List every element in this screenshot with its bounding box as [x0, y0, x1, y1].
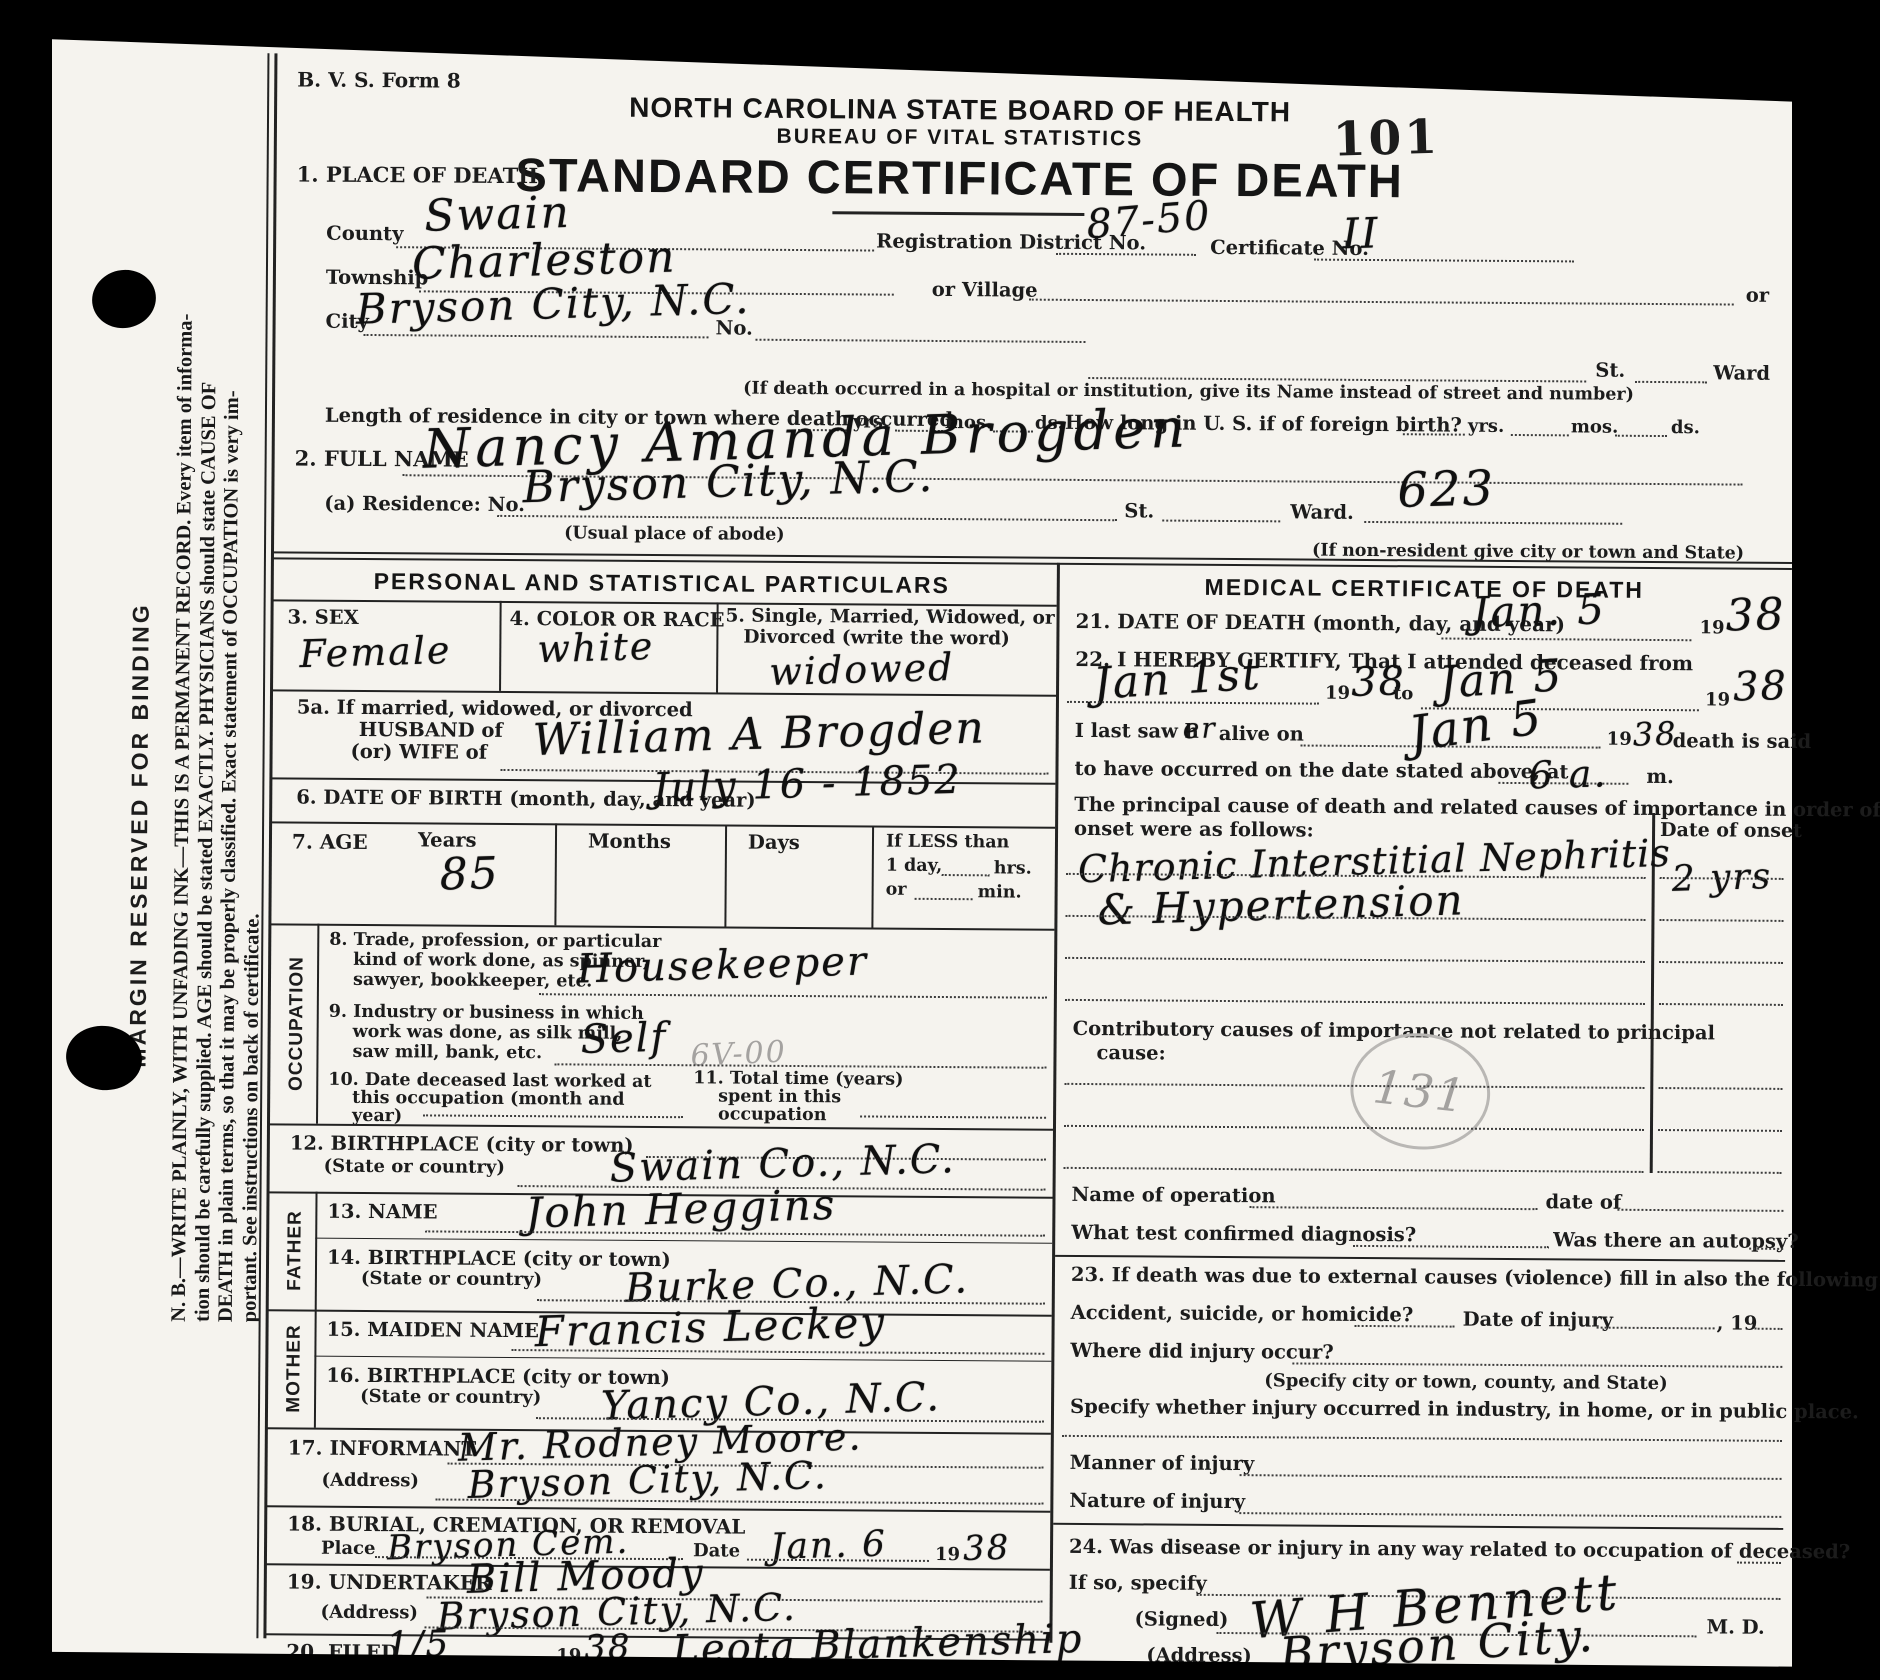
street-label: St.	[1595, 359, 1625, 382]
occurred-m-label: m.	[1646, 765, 1674, 788]
dotted-line	[1240, 1474, 1782, 1480]
occupation-side-text: OCCUPATION	[285, 956, 308, 1091]
maiden-name-label: 15. MAIDEN NAME	[326, 1318, 538, 1342]
occurred-time-value: 6 a.	[1528, 751, 1608, 797]
cell-line	[724, 824, 727, 926]
age-or-label: or	[886, 880, 907, 900]
mother-state-label: (State or country)	[360, 1386, 541, 1408]
dotted-line	[1755, 1328, 1783, 1330]
row-line	[315, 1238, 1052, 1244]
dotted-line	[1292, 1362, 1782, 1367]
dotted-line	[1511, 434, 1569, 436]
age-min-label: min.	[978, 882, 1022, 902]
dotted-line	[1749, 1248, 1783, 1250]
occupation-side-label: OCCUPATION	[276, 923, 317, 1123]
operation-label: Name of operation	[1071, 1183, 1275, 1207]
sex-label: 3. SEX	[287, 605, 358, 628]
dotted-line	[1029, 299, 1734, 306]
registration-district-value: 87-50	[1085, 192, 1214, 248]
residence-ward-label: Ward.	[1290, 500, 1354, 523]
residence-value: Bryson City, N.C.	[522, 451, 935, 513]
if-so-specify-label: If so, specify	[1069, 1571, 1207, 1595]
lastsaw-year-printed: 19	[1607, 729, 1632, 750]
date-of-onset-header: Date of onset	[1660, 819, 1802, 842]
dotted-line	[1314, 259, 1574, 263]
dotted-line	[423, 1114, 683, 1118]
stamp-number: 101	[1332, 110, 1441, 168]
age-less-label-2: 1 day,	[886, 856, 943, 876]
to-year-value: 38	[1732, 663, 1788, 711]
dotted-line	[1658, 1087, 1782, 1090]
dotted-line	[364, 334, 709, 338]
dotted-line	[1635, 381, 1707, 384]
city-value: Bryson City, N.C.	[355, 274, 751, 334]
husband-label-3: (or) WIFE of	[351, 740, 488, 764]
dotted-line	[942, 874, 990, 876]
test-label: What test confirmed diagnosis?	[1071, 1221, 1416, 1246]
occurred-label: to have occurred on the date stated abov…	[1074, 757, 1568, 783]
dotted-line	[1597, 1327, 1715, 1330]
residence-st-label: St.	[1124, 499, 1154, 522]
row-line	[272, 599, 1057, 606]
operation-date-label: date of	[1545, 1190, 1621, 1214]
dotted-line	[1249, 1206, 1537, 1210]
dotted-line	[1056, 253, 1196, 256]
informant-address-label: (Address)	[321, 1470, 419, 1492]
marital-label-1: 5. Single, Married, Widowed, or	[725, 605, 1054, 628]
dotted-line	[1658, 1129, 1782, 1132]
dod-year-value: 38	[1725, 589, 1786, 642]
mother-side-label: MOTHER	[274, 1309, 315, 1427]
industry-value: Self	[580, 1015, 668, 1063]
cell-line	[499, 601, 502, 691]
dotted-line	[1615, 435, 1667, 437]
margin-binding-text: MARGIN RESERVED FOR BINDING	[125, 602, 155, 1067]
residence-label: (a) Residence: No.	[324, 492, 525, 516]
dotted-line	[1065, 957, 1645, 963]
injury-19-label: , 19	[1717, 1311, 1758, 1334]
trade-value: Housekeeper	[577, 938, 869, 992]
specify-place-label: Specify whether injury occurred in indus…	[1070, 1395, 1859, 1424]
dotted-line	[1659, 1003, 1783, 1006]
dotted-line	[1659, 919, 1783, 922]
md-label: M. D.	[1706, 1615, 1764, 1638]
totaltime-label-3: occupation	[718, 1104, 827, 1125]
margin-binding-label: MARGIN RESERVED FOR BINDING	[115, 454, 164, 1214]
accident-label: Accident, suicide, or homicide?	[1071, 1301, 1414, 1326]
row-line	[1053, 1523, 1783, 1530]
age-days-label: Days	[748, 831, 800, 854]
dotted-line	[1162, 520, 1280, 523]
injury-date-label: Date of injury	[1463, 1308, 1614, 1332]
father-name-label: 13. NAME	[327, 1200, 437, 1224]
from-year-printed: 19	[1325, 683, 1350, 704]
burial-place-label: Place	[321, 1538, 376, 1559]
signed-label: (Signed)	[1134, 1607, 1228, 1631]
specify-city-note: (Specify city or town, county, and State…	[1264, 1370, 1668, 1394]
marital-value: widowed	[769, 645, 955, 694]
form-number: B. V. S. Form 8	[297, 67, 461, 92]
burial-year-printed: 19	[935, 1544, 960, 1565]
age-less-label-1: If LESS than	[886, 832, 1009, 853]
death-is-said-label: death is said	[1673, 729, 1812, 753]
dotted-line	[1658, 1171, 1782, 1174]
dotted-line	[1737, 1562, 1781, 1564]
age-label: 7. AGE	[292, 829, 368, 854]
lastsaw-year-value: 38	[1632, 714, 1678, 753]
to-year-printed: 19	[1705, 689, 1730, 710]
county-label: County	[326, 222, 403, 246]
certificate-content: MARGIN RESERVED FOR BINDING N. B.—WRITE …	[0, 0, 1880, 1680]
mother-side-text: MOTHER	[283, 1324, 306, 1412]
principal-cause-label-2: onset were as follows:	[1074, 817, 1314, 842]
father-side-text: FATHER	[284, 1210, 307, 1291]
pencil-code-note: 131	[1344, 1026, 1496, 1157]
trade-label-3: sawyer, bookkeeper, etc.	[353, 970, 592, 992]
last-saw-value: Jan 5	[1406, 689, 1547, 762]
undertaker-label: 19. UNDERTAKER	[287, 1569, 492, 1594]
contributory-label-2: cause:	[1096, 1041, 1165, 1064]
street-no-label: No.	[715, 316, 752, 339]
dob-value: July 16 - 1852	[652, 757, 963, 812]
age-years-value: 85	[439, 848, 500, 901]
dotted-line	[1239, 1512, 1781, 1518]
row-line	[268, 1123, 1053, 1130]
dotted-line	[1659, 961, 1783, 964]
dotted-line	[1062, 1435, 1782, 1442]
ward-label: Ward	[1713, 361, 1770, 384]
mos-label: mos.	[1571, 416, 1619, 437]
ds-label: ds.	[1671, 417, 1700, 438]
dotted-line	[915, 898, 973, 900]
or-label: or	[1746, 284, 1769, 307]
abode-note: (Usual place of abode)	[564, 523, 785, 545]
sex-value: Female	[299, 628, 452, 676]
father-name-value: John Heggins	[525, 1180, 837, 1238]
personal-section-header: PERSONAL AND STATISTICAL PARTICULARS	[282, 567, 1042, 599]
informant-label: 17. INFORMANT	[288, 1435, 477, 1460]
q24-label: 24. Was disease or injury in any way rel…	[1069, 1535, 1850, 1563]
dotted-line	[539, 993, 1047, 999]
yrs-label: yrs.	[1468, 416, 1504, 437]
margin-nb-note: N. B.—WRITE PLAINLY, WITH UNFADING INK—T…	[163, 70, 273, 1566]
last-saw-fill: er	[1182, 711, 1217, 745]
medical-section-header: MEDICAL CERTIFICATE OF DEATH	[1067, 573, 1782, 605]
row-line	[1055, 1255, 1785, 1262]
residence-ward-value: 623	[1397, 460, 1496, 519]
age-hrs-label: hrs.	[994, 858, 1032, 878]
color-race-value: white	[537, 624, 655, 671]
margin-nb-rotated: N. B.—WRITE PLAINLY, WITH UNFADING INK—T…	[168, 313, 269, 1322]
date-of-death-value: Jan. 5	[1471, 584, 1607, 637]
row-line	[270, 821, 1055, 828]
county-value: Swain	[424, 187, 572, 242]
dotted-line	[1617, 1209, 1783, 1212]
external-causes-label: 23. If death was due to external causes …	[1071, 1263, 1880, 1292]
last-saw-label-1: I last saw h	[1075, 719, 1199, 743]
dod-year-printed: 19	[1699, 617, 1724, 638]
husband-label-2: HUSBAND of	[359, 718, 503, 742]
manner-injury-label: Manner of injury	[1070, 1451, 1255, 1475]
dotted-line	[1403, 433, 1465, 435]
maiden-name-value: Francis Leckey	[534, 1298, 887, 1357]
dotted-line	[497, 515, 1117, 521]
father-state-label: (State or country)	[361, 1268, 542, 1290]
dotted-line	[1441, 637, 1691, 641]
cause-of-death-line2: & Hypertension	[1097, 875, 1465, 934]
or-village-label: or Village	[932, 278, 1038, 302]
nature-injury-label: Nature of injury	[1069, 1489, 1245, 1513]
industry-label-3: saw mill, bank, etc.	[352, 1042, 542, 1063]
birthplace-state-label: (State or country)	[324, 1156, 505, 1178]
certificate-no-value: II	[1342, 208, 1381, 258]
dotted-line	[1364, 521, 1622, 525]
dotted-line	[1355, 1325, 1455, 1328]
row-line	[314, 1356, 1051, 1362]
place-of-death-label: 1. PLACE OF DEATH	[297, 161, 539, 188]
birthplace-label: 12. BIRTHPLACE (city or town)	[290, 1131, 634, 1156]
column-divider	[1049, 563, 1060, 1643]
dotted-line	[554, 1063, 1046, 1068]
cell-line	[871, 826, 874, 928]
cell-line	[554, 823, 557, 925]
dotted-line	[755, 339, 1085, 343]
dotted-line	[1065, 999, 1645, 1005]
dotted-line	[1064, 1167, 1644, 1173]
title-rule	[832, 211, 1084, 216]
undertaker-address-label: (Address)	[321, 1602, 419, 1624]
dotted-line	[1353, 1245, 1549, 1248]
where-injury-label: Where did injury occur?	[1070, 1339, 1333, 1364]
dotted-line	[1064, 1125, 1644, 1131]
age-months-label: Months	[588, 830, 671, 854]
last-saw-label-2: alive on	[1219, 722, 1304, 746]
father-side-label: FATHER	[275, 1191, 316, 1309]
burial-year-value: 38	[963, 1528, 1011, 1569]
to-label: to	[1393, 683, 1413, 704]
dotted-line	[860, 1115, 1046, 1118]
scanned-death-certificate: MARGIN RESERVED FOR BINDING N. B.—WRITE …	[0, 0, 1880, 1680]
